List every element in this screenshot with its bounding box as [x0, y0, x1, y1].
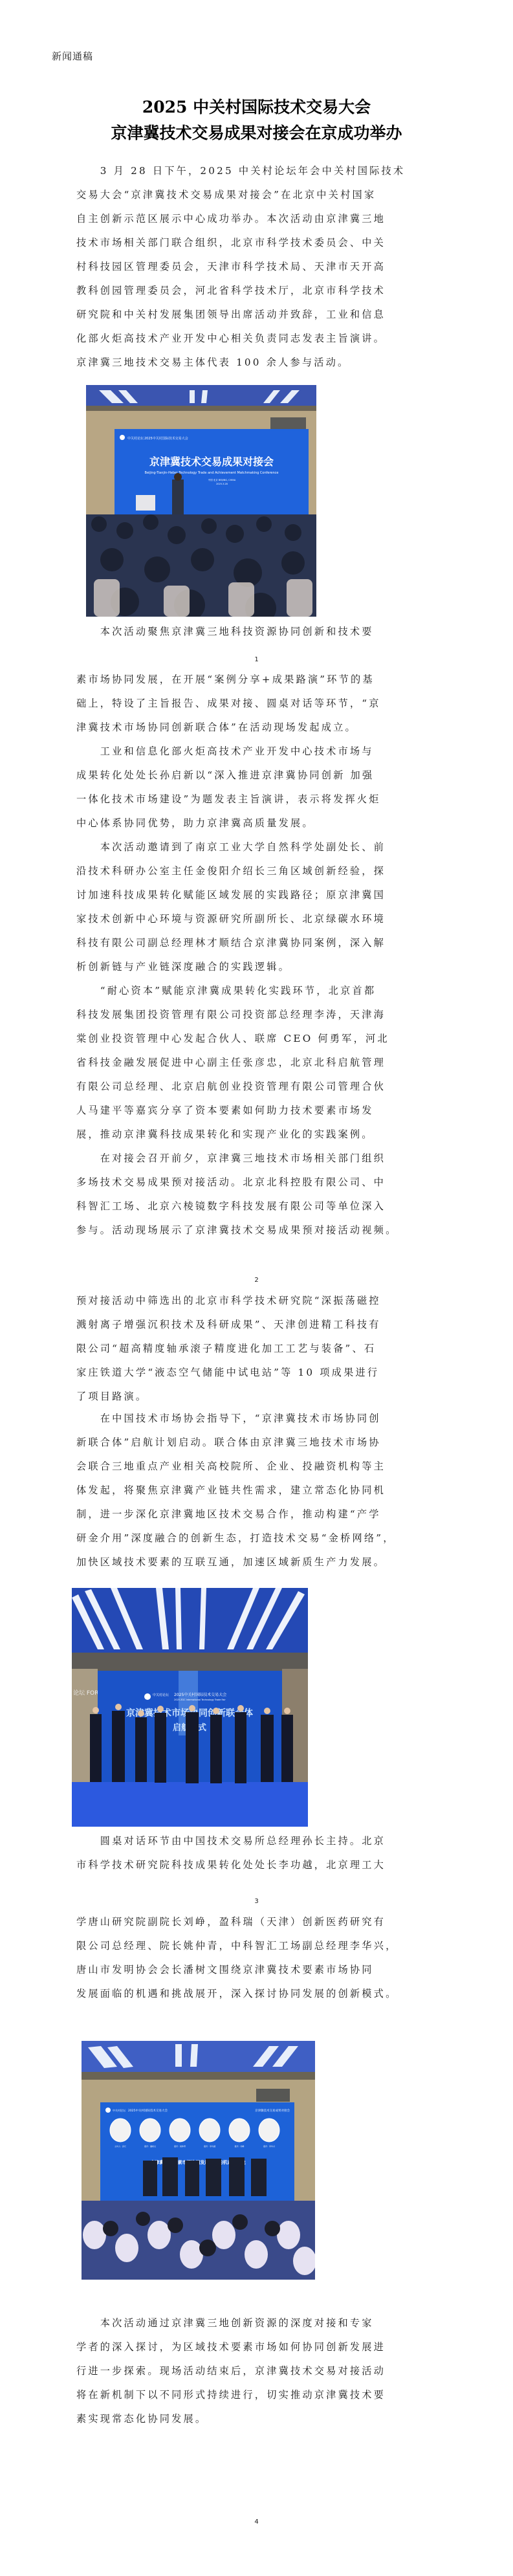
text-line: 技术市场相关部门联合组织，北京市科学技术委员会、中关 — [76, 231, 323, 255]
svg-text:嘉宾：潘树文: 嘉宾：潘树文 — [144, 2144, 156, 2148]
paragraph-focus-part1: 本次活动聚焦京津冀三地科技资源协同创新和技术要 — [76, 620, 323, 644]
svg-text:中国·北京 BEIJING, CHINA: 中国·北京 BEIJING, CHINA — [208, 478, 236, 481]
text-line: 一体化技术市场建设”为题发表主旨演讲，表示将发挥火炬 — [76, 787, 323, 811]
text-line: 研究院和中关村发展集团领导出席活动并致辞，工业和信息 — [76, 303, 323, 327]
photo-roundtable: 中关村论坛 2025中关村国际技术交易大会 京津冀技术交易成果对接会 主持人：孙… — [82, 2041, 315, 2280]
text-line: 多场技术交易成果预对接活动。北京北科控股有限公司、中 — [76, 1171, 323, 1194]
page-number: 4 — [0, 2518, 513, 2526]
title-line-1: 2025 中关村国际技术交易大会 — [0, 94, 513, 118]
text-line: 素实现常态化协同发展。 — [76, 2407, 323, 2431]
text-line: 本次活动通过京津冀三地创新资源的深度对接和专家 — [76, 2311, 323, 2335]
page-number: 2 — [0, 1277, 513, 1284]
text-line: 预对接活动中筛选出的北京市科学技术研究院“深振荡磁控 — [76, 1289, 323, 1313]
page-number: 1 — [0, 656, 513, 663]
text-line: 体发起，将聚焦京津冀产业链共性需求，建立常态化协同机 — [76, 1479, 323, 1503]
text-line: 家庄铁道大学“液态空气储能中试电站”等 10 项成果进行 — [76, 1361, 323, 1385]
text-line: 棠创业投资管理中心发起合伙人、联席 CEO 何勇军，河北 — [76, 1027, 323, 1051]
text-line: 限公司总经理、院长姚仲青，中科智汇工场副总经理李华兴， — [76, 1934, 323, 1958]
text-line: “耐心资本”赋能京津冀成果转化实践环节，北京首都 — [76, 979, 323, 1003]
text-line: 市科学技术研究院科技成果转化处处长李功越，北京理工大 — [76, 1853, 323, 1877]
paragraph-roundtable-part2: 学唐山研究院副院长刘峥，盈科瑞（天津）创新医药研究有 限公司总经理、院长姚仲青，… — [76, 1910, 323, 2006]
page-number: 3 — [0, 1898, 513, 1905]
text-line: 参与。活动现场展示了京津冀技术交易成果预对接活动视频。 — [76, 1218, 323, 1242]
text-line: 限公司“超高精度轴承滚子精度进化加工工艺与装备”、石 — [76, 1337, 323, 1361]
paragraph-patient-capital: “耐心资本”赋能京津冀成果转化实践环节，北京首都 科技发展集团投资管理有限公司投… — [76, 979, 323, 1147]
svg-text:Beijing-Tianjin-Hebei Technolo: Beijing-Tianjin-Hebei Technology Trade a… — [145, 471, 279, 475]
text-line: 自主创新示范区展示中心成功举办。本次活动由京津冀三地 — [76, 207, 323, 231]
paragraph-alliance-launch: 在中国技术市场协会指导下，“京津冀技术市场协同创 新联合体”启航计划启动。联合体… — [76, 1407, 323, 1574]
text-line: 学者的深入探讨，为区域技术要素市场如何协同创新发展进 — [76, 2335, 323, 2359]
document-type-label: 新闻通稿 — [52, 49, 93, 63]
text-line: 工业和信息化部火炬高技术产业开发中心技术市场与 — [76, 740, 323, 764]
svg-text:嘉宾：李功越: 嘉宾：李功越 — [204, 2144, 215, 2148]
svg-text:2025中关村国际技术交易大会: 2025中关村国际技术交易大会 — [174, 1692, 226, 1697]
paragraph-focus-part2: 素市场协同发展，在开展“案例分享+成果路演”环节的基 础上，特设了主旨报告、成果… — [76, 668, 323, 740]
svg-text:中关村论坛: 中关村论坛 — [153, 1693, 169, 1697]
svg-text:京津冀技术交易成果对接会: 京津冀技术交易成果对接会 — [149, 456, 274, 468]
text-line: 本次活动聚焦京津冀三地科技资源协同创新和技术要 — [76, 620, 323, 644]
text-line: 人马建平等嘉宾分享了资本要素如何助力技术要素市场发 — [76, 1099, 323, 1123]
svg-text:主持人：孙长: 主持人：孙长 — [115, 2144, 126, 2148]
text-line: 将在新机制下以不同形式持续进行，切实推动京津冀技术要 — [76, 2383, 323, 2407]
svg-text:嘉宾：姚仲青: 嘉宾：姚仲青 — [174, 2144, 186, 2148]
svg-text:京津冀技术交易成果对接会: 京津冀技术交易成果对接会 — [255, 2108, 290, 2113]
svg-text:中关村论坛: 中关村论坛 — [113, 2108, 126, 2112]
text-line: 本次活动邀请到了南京工业大学自然科学处副处长、前 — [76, 835, 323, 859]
text-line: 沿技术科研办公室主任金俊阳介绍长三角区域创新经验，探 — [76, 859, 323, 883]
text-line: 圆桌对话环节由中国技术交易所总经理孙长主持。北京 — [76, 1829, 323, 1853]
paragraph-intro: 3 月 28 日下午，2025 中关村论坛年会中关村国际技术 交易大会“京津冀技… — [76, 159, 323, 375]
text-line: 析创新链与产业链深度融合的实践逻辑。 — [76, 955, 323, 979]
text-line: 京津冀三地技术交易主体代表 100 余人参与活动。 — [76, 351, 323, 375]
paragraph-pre-matchmaking-part1: 在对接会召开前夕，京津冀三地技术市场相关部门组织 多场技术交易成果预对接活动。北… — [76, 1147, 323, 1242]
text-line: 省科技金融发展促进中心副主任张彦忠，北京北科启航管理 — [76, 1051, 323, 1075]
text-line: 唐山市发明协会会长潘树文围绕京津冀技术要素市场协同 — [76, 1958, 323, 1982]
text-line: 础上，特设了主旨报告、成果对接、圆桌对话等环节，“京 — [76, 692, 323, 716]
svg-text:嘉宾：李华兴: 嘉宾：李华兴 — [263, 2144, 276, 2148]
text-line: 会联合三地重点产业相关高校院所、企业、投融资机构等主 — [76, 1455, 323, 1479]
text-line: 新联合体”启航计划启动。联合体由京津冀三地技术市场协 — [76, 1431, 323, 1455]
paragraph-invited-speakers: 本次活动邀请到了南京工业大学自然科学处副处长、前 沿技术科研办公室主任金俊阳介绍… — [76, 835, 323, 979]
paragraph-conclusion: 本次活动通过京津冀三地创新资源的深度对接和专家 学者的深入探讨，为区域技术要素市… — [76, 2311, 323, 2431]
text-line: 溅射离子增强沉积技术及科研成果”、天津创进精工科技有 — [76, 1313, 323, 1337]
svg-text:2025中关村国际技术交易大会: 2025中关村国际技术交易大会 — [128, 2108, 168, 2113]
svg-text:嘉宾：刘峥: 嘉宾：刘峥 — [234, 2144, 244, 2148]
text-line: 展，推动京津冀科技成果转化和实现产业化的实践案例。 — [76, 1123, 323, 1147]
text-line: 讨加速科技成果转化赋能区域发展的实践路径；原京津冀国 — [76, 883, 323, 907]
text-line: 了项目路演。 — [76, 1385, 323, 1409]
text-line: 素市场协同发展，在开展“案例分享+成果路演”环节的基 — [76, 668, 323, 692]
text-line: 成果转化处处长孙启新以“深入推进京津冀协同创新 加强 — [76, 764, 323, 787]
paragraph-keynote: 工业和信息化部火炬高技术产业开发中心技术市场与 成果转化处处长孙启新以“深入推进… — [76, 740, 323, 835]
title-line-2: 京津冀技术交易成果对接会在京成功举办 — [0, 120, 513, 144]
text-line: 研金介用”深度融合的创新生态，打造技术交易“金桥网络”， — [76, 1526, 323, 1550]
text-line: 加快区域技术要素的互联互通，加速区域新质生产力发展。 — [76, 1550, 323, 1574]
paragraph-pre-matchmaking-part2: 预对接活动中筛选出的北京市科学技术研究院“深振荡磁控 溅射离子增强沉积技术及科研… — [76, 1289, 323, 1409]
photo-launch-ceremony: 论坛 FORUM 中关村论坛 2025中关村国际技术交易大会 2025 ZGC … — [72, 1588, 308, 1827]
text-line: 教科创园管理委员会，河北省科学技术厅，北京市科学技术 — [76, 279, 323, 303]
text-line: 化部火炬高技术产业开发中心相关负责同志发表主旨演讲。 — [76, 327, 323, 351]
text-line: 发展面临的机遇和挑战展开，深入探讨协同发展的创新模式。 — [76, 1982, 323, 2006]
photo-conference-hall: 中关村论坛 2025中关村国际技术交易大会 京津冀技术交易成果对接会 Beiji… — [86, 385, 316, 617]
paragraph-roundtable-part1: 圆桌对话环节由中国技术交易所总经理孙长主持。北京 市科学技术研究院科技成果转化处… — [76, 1829, 323, 1877]
text-line: 村科技园区管理委员会，天津市科学技术局、天津市天开高 — [76, 255, 323, 279]
text-line: 3 月 28 日下午，2025 中关村论坛年会中关村国际技术 — [76, 159, 323, 183]
svg-text:中关村论坛: 中关村论坛 — [127, 436, 144, 441]
text-line: 家技术创新中心环境与资源研究所副所长、北京绿碳水环境 — [76, 907, 323, 931]
text-line: 科技发展集团投资管理有限公司投资部总经理李涛，天津海 — [76, 1003, 323, 1027]
svg-text:2025.3.28: 2025.3.28 — [216, 483, 228, 485]
text-line: 有限公司总经理、北京启航创业投资管理有限公司管理合伙 — [76, 1075, 323, 1099]
text-line: 制，进一步深化京津冀地区技术交易合作，推动构建“产学 — [76, 1503, 323, 1526]
text-line: 行进一步探索。现场活动结束后，京津冀技术交易对接活动 — [76, 2359, 323, 2383]
text-line: 在对接会召开前夕，京津冀三地技术市场相关部门组织 — [76, 1147, 323, 1171]
svg-text:2025中关村国际技术交易大会: 2025中关村国际技术交易大会 — [144, 436, 188, 441]
text-line: 在中国技术市场协会指导下，“京津冀技术市场协同创 — [76, 1407, 323, 1431]
text-line: 津冀技术市场协同创新联合体”在活动现场发起成立。 — [76, 716, 323, 740]
text-line: 中心体系协同优势，助力京津冀高质量发展。 — [76, 811, 323, 835]
text-line: 科技有限公司副总经理林才顺结合京津冀协同案例，深入解 — [76, 931, 323, 955]
svg-text:2025 ZGC International Technol: 2025 ZGC International Technology Trade … — [174, 1699, 226, 1701]
text-line: 科智汇工场、北京六棱镜数字科技发展有限公司等单位深入 — [76, 1194, 323, 1218]
text-line: 交易大会“京津冀技术交易成果对接会”在北京中关村国家 — [76, 183, 323, 207]
text-line: 学唐山研究院副院长刘峥，盈科瑞（天津）创新医药研究有 — [76, 1910, 323, 1934]
